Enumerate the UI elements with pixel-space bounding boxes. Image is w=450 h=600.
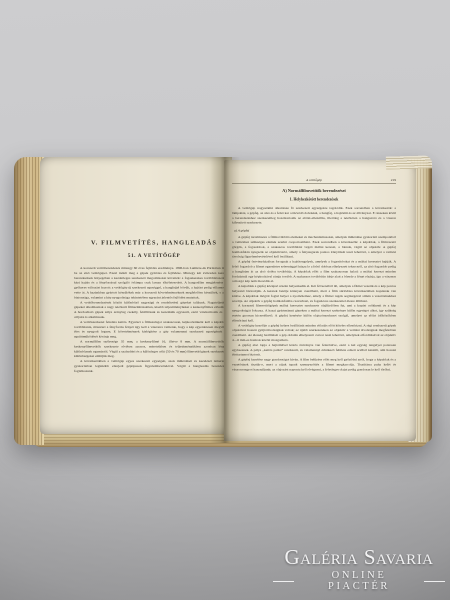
right-page-subheading: 1. Helyhezkötött berendezések bbox=[232, 197, 396, 202]
right-page-intro: A vetítőgép nagyszámú alkatrésze fő szer… bbox=[232, 206, 396, 226]
right-page: A vetítőgép 219 A) Normálfilmvetítők ber… bbox=[224, 160, 416, 441]
right-page-heading: A) Normálfilmvetítők berendezései bbox=[232, 188, 396, 193]
paragraph: A következőkben a vetítőgép egyes szerke… bbox=[74, 359, 234, 374]
paragraph: A vetítőgép kezelője a gépfej helyes beá… bbox=[232, 323, 396, 343]
right-page-body: A gépfej tartalmazza a filmtovábbító ele… bbox=[232, 235, 396, 372]
paragraph: A képablak a gépfej középső részén helye… bbox=[232, 284, 396, 304]
left-page-content: V. FILMVETÍTÉS, HANGLEADÁS 51. A VETÍTŐG… bbox=[74, 239, 234, 429]
left-page-body: A korszerű vetítőberendezés mintegy 60 é… bbox=[74, 266, 234, 374]
section-heading: 51. A VETÍTŐGÉP bbox=[74, 253, 234, 259]
running-head: A vetítőgép bbox=[232, 178, 396, 182]
paragraph: A korszerű vetítőberendezés mintegy 60 é… bbox=[74, 266, 234, 300]
page-number: 219 bbox=[391, 178, 396, 182]
paragraph: A normálfilm szélessége 35 mm, a keskeny… bbox=[74, 339, 234, 359]
paragraph: A vetítőszerkezet feladata kettős. Egyré… bbox=[74, 320, 234, 340]
paragraph: A vetítőgép nagyszámú alkatrésze fő szer… bbox=[232, 206, 396, 226]
watermark-rule-left bbox=[273, 581, 294, 582]
paragraph: A gépfej tartalmazza a filmtovábbító ele… bbox=[232, 235, 396, 259]
paragraph: A gépfej kezelése nagy gondosságot kíván… bbox=[232, 358, 396, 373]
product-photo: V. FILMVETÍTÉS, HANGLEADÁS 51. A VETÍTŐG… bbox=[0, 0, 450, 600]
watermark-title: Galéria Savaria bbox=[273, 546, 445, 568]
running-head-rule: A vetítőgép 219 bbox=[232, 178, 396, 184]
watermark-subtitle: ONLINE PIACTÉR bbox=[299, 570, 418, 592]
open-book: V. FILMVETÍTÉS, HANGLEADÁS 51. A VETÍTŐG… bbox=[14, 155, 432, 447]
left-page: V. FILMVETÍTÉS, HANGLEADÁS 51. A VETÍTŐG… bbox=[40, 157, 232, 434]
paragraph: A vetítőberendezések között különböző na… bbox=[74, 300, 234, 320]
paragraph: A korszerű filmvetítőgépek máltai keresz… bbox=[232, 304, 396, 324]
paragraph: A gépfej alsó lapja a hajtóművel közös ö… bbox=[232, 343, 396, 358]
watermark-rule-right bbox=[424, 581, 445, 582]
paragraph: A gépfej öntvényházában forognak a hajtó… bbox=[232, 260, 396, 284]
top-right-page-stack bbox=[386, 155, 432, 169]
item-heading-a: a) A gépfej bbox=[232, 229, 396, 233]
right-page-content: A vetítőgép 219 A) Normálfilmvetítők ber… bbox=[232, 178, 396, 436]
chapter-heading: V. FILMVETÍTÉS, HANGLEADÁS bbox=[74, 239, 234, 247]
watermark: Galéria Savaria ONLINE PIACTÉR bbox=[273, 546, 445, 592]
